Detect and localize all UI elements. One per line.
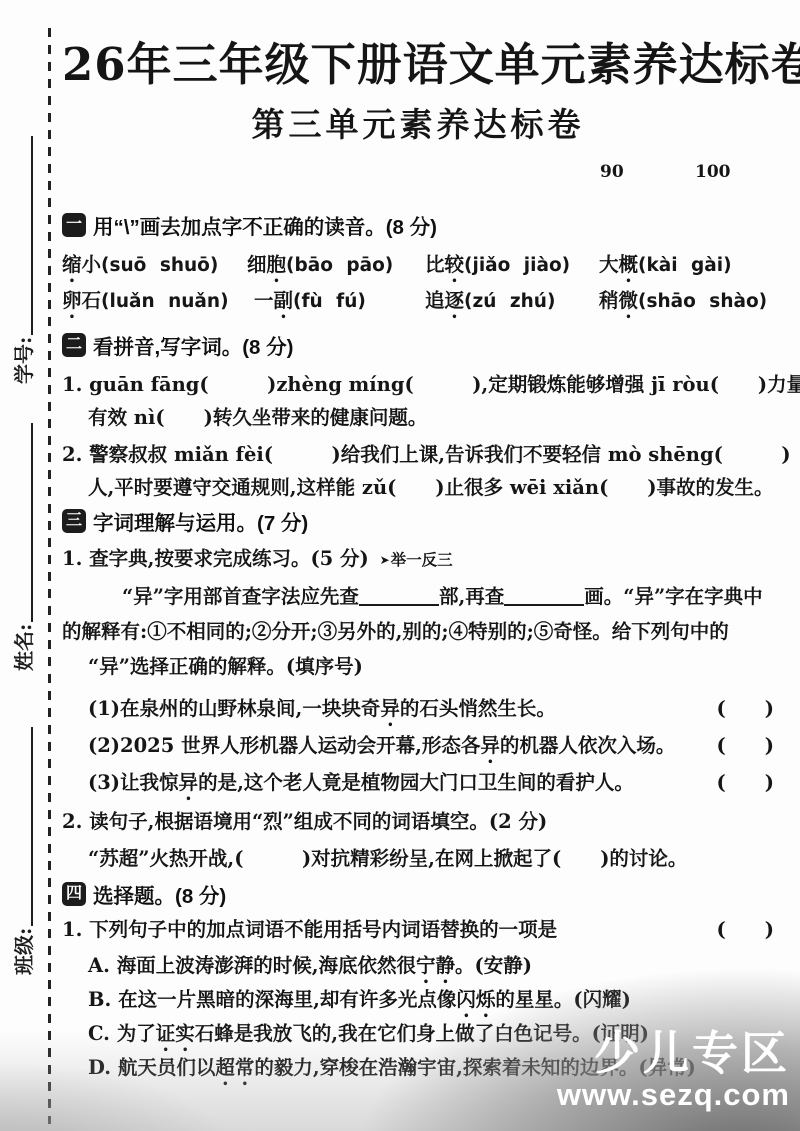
answer-bracket: ( ) xyxy=(704,915,774,945)
section-2-badge: 二 xyxy=(62,333,86,357)
word-emph: 微 xyxy=(619,289,639,312)
section4-q1-row: 1. 下列句子中的加点词语不能用括号内词语替换的一项是 ( ) xyxy=(62,915,774,945)
word-pre: 稍 xyxy=(599,289,619,312)
answer-bracket: ( ) xyxy=(704,764,774,801)
section-2-title: 看拼音,写字词。(8 分) xyxy=(93,330,293,360)
word-emph: 胞 xyxy=(267,253,287,276)
item-number: 2. xyxy=(62,810,82,833)
option-a: A. 海面上波涛澎湃的时候,海底依然很宁静。(安静) xyxy=(88,949,774,983)
section-3-badge: 三 xyxy=(62,509,86,533)
answer-bracket: ( ) xyxy=(704,727,774,764)
word-emph: 逐 xyxy=(445,289,465,312)
word-pinyin: (shāo shào) xyxy=(638,291,767,312)
item-number: 1. xyxy=(62,918,82,941)
section-3-header: 三 字词理解与运用。(7 分) xyxy=(62,506,774,536)
feature-tag: ➤举一反三 xyxy=(380,552,453,569)
option-post: 。(安静) xyxy=(455,954,532,977)
option-emph: 超常 xyxy=(215,1056,254,1079)
word-emph: 缩 xyxy=(62,253,82,276)
sub-number: (1) xyxy=(88,697,120,720)
total-score-value: 100 xyxy=(695,162,731,182)
sub-question-1: (1)在泉州的山野林泉间,一块块奇异的石头悄然生长。 ( ) xyxy=(88,690,774,727)
page-subtitle: 第三单元素养达标卷 xyxy=(62,104,774,146)
option-pre: 航天员们以 xyxy=(118,1056,216,1079)
word-item: 追逐(zú zhú) xyxy=(425,284,555,323)
dictionary-para-line1: “异”字用部首查字法应先查部,再查画。“异”字在字典中 xyxy=(122,579,774,614)
word-item: 缩小(suō shuō) xyxy=(62,248,218,287)
word-pinyin: (zú zhú) xyxy=(464,291,555,312)
option-letter: B. xyxy=(88,988,111,1011)
item-text: 读句子,根据语境用“烈”组成不同的词语填空。(2 分) xyxy=(89,810,547,833)
question-stem: 下列句子中的加点词语不能用括号内词语替换的一项是 xyxy=(89,918,557,941)
watermark: 少儿专区 www.sezq.com xyxy=(557,1029,790,1113)
answer-bracket: ( ) xyxy=(704,690,774,727)
watermark-brand: 少儿专区 xyxy=(557,1029,790,1077)
section-4-badge: 四 xyxy=(62,882,86,906)
sub-question-text: (2)2025 世界人形机器人运动会开幕,形态各异的机器人依次入场。 xyxy=(88,727,704,764)
name-blank-line xyxy=(31,423,34,622)
feature-tag-label: 举一反三 xyxy=(391,552,453,569)
section2-item2-line1: 2. 警察叔叔 miǎn fèi( )给我们上课,告诉我们不要轻信 mò shē… xyxy=(62,438,774,471)
word-pre: 大 xyxy=(599,253,619,276)
word-item: 卵石(luǎn nuǎn) xyxy=(62,284,229,323)
fill-blank-radical xyxy=(359,584,439,606)
sub-number: (2) xyxy=(88,734,120,757)
time-value: 90 xyxy=(600,162,624,182)
item-text: 查字典,按要求完成练习。(5 分) xyxy=(89,547,369,570)
section3-q2-line: “苏超”火热开战,( )对抗精彩纷呈,在网上掀起了( )的讨论。 xyxy=(88,842,774,875)
option-emph: 宁静 xyxy=(416,954,455,977)
option-b: B. 在这一片黑暗的深海里,却有许多光点像闪烁的星星。(闪耀) xyxy=(88,983,774,1017)
test-paper-page: 学号: 姓名: 班级: 26年三年级下册语文单元素养达标卷 第三单元素养达标卷 … xyxy=(0,0,800,1131)
student-number-label: 学号: xyxy=(8,337,37,384)
meta-row: 90 100 xyxy=(62,162,774,186)
sentence-post: 的机器人依次入场。 xyxy=(500,734,676,757)
word-item: 大概(kài gài) xyxy=(599,248,732,287)
section3-q2-head: 2. 读句子,根据语境用“烈”组成不同的词语填空。(2 分) xyxy=(62,805,774,838)
sub-question-text: (1)在泉州的山野林泉间,一块块奇异的石头悄然生长。 xyxy=(88,690,704,727)
sentence-post: 的是,这个老人竟是植物园大门口卫生间的看护人。 xyxy=(198,771,634,794)
word-emph: 概 xyxy=(619,253,639,276)
question-text: 1. 下列句子中的加点词语不能用括号内词语替换的一项是 xyxy=(62,915,704,945)
section3-q1-head: 1. 查字典,按要求完成练习。(5 分) ➤举一反三 xyxy=(62,542,774,575)
word-item: 细胞(bāo pāo) xyxy=(247,248,393,287)
option-pre: 在这一片黑暗的深海里,却有许多光点像 xyxy=(118,988,456,1011)
section-1-header: 一 用“\”画去加点字不正确的读音。(8 分) xyxy=(62,210,774,240)
para-text: “异”字用部首查字法应先查 xyxy=(122,585,359,608)
section2-item2-line2: 人,平时要遵守交通规则,这样能 zǔ( )止很多 wēi xiǎn( )事故的发… xyxy=(88,471,774,504)
pinyin-word-row-2: 卵石(luǎn nuǎn) 一副(fù fú) 追逐(zú zhú) 稍微(sh… xyxy=(62,284,774,318)
sentence-post: 的石头悄然生长。 xyxy=(400,697,556,720)
word-pinyin: (luǎn nuǎn) xyxy=(101,291,229,312)
dictionary-para-line2: 的解释有:①不相同的;②分开;③另外的,别的;④特别的;⑤奇怪。给下列句中的 xyxy=(62,614,774,649)
class-field: 班级: xyxy=(7,727,37,975)
word-pinyin: (bāo pāo) xyxy=(286,255,393,276)
section-4-title: 选择题。(8 分) xyxy=(93,879,226,909)
watermark-url: www.sezq.com xyxy=(557,1077,790,1113)
sentence-emph: 异 xyxy=(480,734,500,757)
section2-item1-line2: 有效 nì( )转久坐带来的健康问题。 xyxy=(88,401,774,434)
option-letter: D. xyxy=(88,1056,111,1079)
section-2-header: 二 看拼音,写字词。(8 分) xyxy=(62,330,774,360)
item-number: 1. xyxy=(62,373,82,396)
item-number: 2. xyxy=(62,443,82,466)
item-text: 警察叔叔 miǎn fèi( )给我们上课,告诉我们不要轻信 mò shēng(… xyxy=(89,443,790,466)
word-pinyin: (kài gài) xyxy=(638,255,732,276)
section-3-title: 字词理解与运用。(7 分) xyxy=(93,506,308,536)
item-text: guān fāng( )zhèng míng( ),定期锻炼能够增强 jī rò… xyxy=(89,373,800,396)
word-pre: 比 xyxy=(425,253,445,276)
word-post: 小 xyxy=(82,253,102,276)
page-title: 26年三年级下册语文单元素养达标卷 xyxy=(62,36,774,94)
sentence-emph: 异 xyxy=(179,771,199,794)
paper-content: 26年三年级下册语文单元素养达标卷 第三单元素养达标卷 90 100 一 用“\… xyxy=(62,0,774,1085)
word-pre: 一 xyxy=(254,289,274,312)
option-post: 的星星。(闪耀) xyxy=(495,988,630,1011)
option-letter: C. xyxy=(88,1022,110,1045)
binding-dashed-line xyxy=(48,28,51,1124)
word-item: 稍微(shāo shào) xyxy=(599,284,767,323)
option-emph: 证实 xyxy=(156,1022,195,1045)
word-pre: 追 xyxy=(425,289,445,312)
name-field: 姓名: xyxy=(7,423,37,671)
word-emph: 卵 xyxy=(62,289,82,312)
pinyin-word-row-1: 缩小(suō shuō) 细胞(bāo pāo) 比较(jiǎo jiào) 大… xyxy=(62,248,774,282)
sub-question-3: (3)让我惊异的是,这个老人竟是植物园大门口卫生间的看护人。 ( ) xyxy=(88,764,774,801)
option-letter: A. xyxy=(88,954,110,977)
student-number-field: 学号: xyxy=(7,136,37,384)
name-label: 姓名: xyxy=(8,624,37,671)
word-emph: 较 xyxy=(445,253,465,276)
sentence-pre: 在泉州的山野林泉间,一块块奇 xyxy=(120,697,380,720)
word-item: 比较(jiǎo jiào) xyxy=(425,248,570,287)
option-pre: 为了 xyxy=(117,1022,156,1045)
sub-question-2: (2)2025 世界人形机器人运动会开幕,形态各异的机器人依次入场。 ( ) xyxy=(88,727,774,764)
word-post: 石 xyxy=(82,289,102,312)
word-item: 一副(fù fú) xyxy=(254,284,366,323)
section-4-header: 四 选择题。(8 分) xyxy=(62,879,774,909)
word-emph: 副 xyxy=(274,289,294,312)
option-pre: 海面上波涛澎湃的时候,海底依然很 xyxy=(117,954,416,977)
class-label: 班级: xyxy=(8,928,37,975)
word-pinyin: (suō shuō) xyxy=(101,255,218,276)
word-pre: 细 xyxy=(247,253,267,276)
sub-question-text: (3)让我惊异的是,这个老人竟是植物园大门口卫生间的看护人。 xyxy=(88,764,704,801)
fill-blank-strokes xyxy=(504,584,584,606)
word-pinyin: (jiǎo jiào) xyxy=(464,255,570,276)
word-pinyin: (fù fú) xyxy=(293,291,366,312)
section2-item1-line1: 1. guān fāng( )zhèng míng( ),定期锻炼能够增强 jī… xyxy=(62,368,774,401)
student-number-blank-line xyxy=(31,136,34,335)
para-text: 部,再查 xyxy=(439,585,504,608)
section-1-badge: 一 xyxy=(62,213,86,237)
class-blank-line xyxy=(31,727,34,926)
sentence-pre: 2025 世界人形机器人运动会开幕,形态各 xyxy=(120,734,480,757)
para-text: 画。“异”字在字典中 xyxy=(584,585,762,608)
sentence-pre: 让我惊 xyxy=(120,771,179,794)
section-1-title: 用“\”画去加点字不正确的读音。(8 分) xyxy=(93,210,437,240)
sub-number: (3) xyxy=(88,771,120,794)
option-emph: 闪烁 xyxy=(456,988,495,1011)
item-number: 1. xyxy=(62,547,82,570)
sentence-emph: 异 xyxy=(380,697,400,720)
arrow-right-icon: ➤ xyxy=(380,553,390,567)
dictionary-para-line3: “异”选择正确的解释。(填序号) xyxy=(88,649,774,684)
